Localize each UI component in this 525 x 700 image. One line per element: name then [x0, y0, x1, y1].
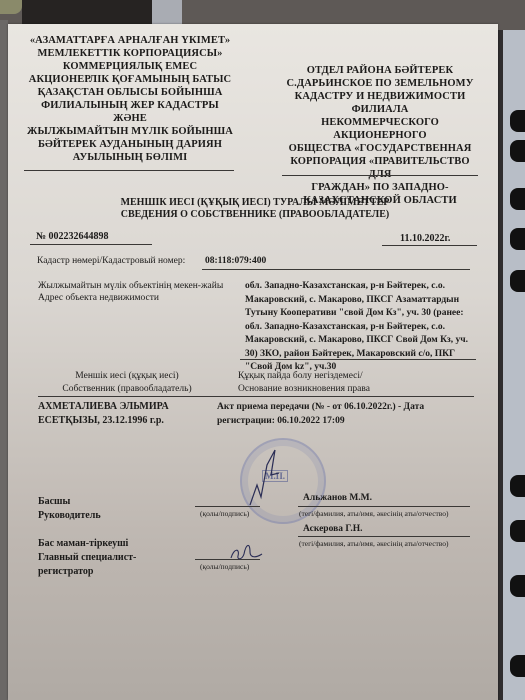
head-handwritten-signature [245, 445, 285, 510]
header-line: «АЗАМАТТАРҒА АРНАЛҒАН ҮКІМЕТ» [24, 34, 236, 47]
header-line: ОБЩЕСТВА «ГОСУДАРСТВЕННАЯ [280, 142, 480, 155]
registrar-title-kazakh: Бас маман-тіркеуші [38, 537, 136, 551]
binder-hole [510, 110, 525, 132]
owner-heading: Меншік иесі (құқық иесі) Собственник (пр… [52, 370, 202, 396]
issuer-header-russian: ОТДЕЛ РАЙОНА БӘЙТЕРЕК С.ДАРЬИНСКОЕ ПО ЗЕ… [280, 64, 480, 207]
background-object [152, 0, 182, 24]
registrar-title: Бас маман-тіркеуші Главный специалист- р… [38, 537, 136, 579]
underline [382, 245, 477, 246]
cadastral-number-label: Кадастр нөмері/Кадастровый номер: [37, 256, 185, 266]
binder-hole [510, 140, 525, 162]
header-line: ФИЛИАЛЫНЫҢ ЖЕР КАДАСТРЫ ЖӘНЕ [24, 99, 236, 125]
binder-hole [510, 655, 525, 677]
header-line: ГРАЖДАН» ПО ЗАПАДНО- [280, 181, 480, 194]
header-divider [24, 170, 234, 171]
signature-caption: (қолы/подпись) [200, 509, 249, 518]
registrar-name: Аскерова Г.Н. [303, 524, 362, 534]
document-number: № 002232644898 [36, 231, 109, 242]
cadastral-number-value: 08:118:079:400 [205, 256, 266, 266]
header-line: НЕКОММЕРЧЕСКОГО АКЦИОНЕРНОГО [280, 116, 480, 142]
head-name: Альжанов М.М. [303, 493, 372, 503]
header-line: КОРПОРАЦИЯ «ПРАВИТЕЛЬСТВО ДЛЯ [280, 155, 480, 181]
header-line: АУЫЛЫНЫҢ БӨЛІМІ [24, 151, 236, 164]
owner-name-line: АХМЕТАЛИЕВА ЭЛЬМИРА [38, 400, 169, 414]
header-line: АКЦИОНЕРЛІК ҚОҒАМЫНЫҢ БАТЫС [24, 73, 236, 86]
basis-heading-kazakh: Құқық пайда болу негіздемесі/ [238, 370, 370, 383]
registrar-title-russian: Главный специалист- [38, 551, 136, 565]
header-line: С.ДАРЬИНСКОЕ ПО ЗЕМЕЛЬНОМУ [280, 77, 480, 90]
registrar-title-russian: регистратор [38, 565, 136, 579]
header-line: КАДАСТРУ И НЕДВИЖИМОСТИ ФИЛИАЛА [280, 90, 480, 116]
signature-caption: (қолы/подпись) [200, 562, 249, 571]
binder-hole [510, 228, 525, 250]
owner-heading-kazakh: Меншік иесі (құқық иесі) [52, 370, 202, 383]
header-line: ОТДЕЛ РАЙОНА БӘЙТЕРЕК [280, 64, 480, 77]
address-label-russian: Адрес объекта недвижимости [38, 292, 223, 304]
underline [240, 359, 476, 360]
table-divider [38, 396, 474, 397]
header-line: ЖЫЛЖЫМАЙТЫН МҮЛІК БОЙЫНША [24, 125, 236, 138]
property-address-value: обл. Западно-Казахстанская, р-н Бәйтерек… [245, 280, 475, 375]
document-title: МЕНШІК ИЕСІ (ҚҰҚЫҚ ИЕСІ) ТУРАЛЫ МӘЛІМЕТТ… [100, 197, 410, 221]
binder-hole [510, 188, 525, 210]
basis-heading: Құқық пайда болу негіздемесі/ Основание … [238, 370, 370, 396]
background-object [22, 0, 152, 24]
issuer-header-kazakh: «АЗАМАТТАРҒА АРНАЛҒАН ҮКІМЕТ» МЕМЛЕКЕТТІ… [24, 34, 236, 164]
title-kazakh: МЕНШІК ИЕСІ (ҚҰҚЫҚ ИЕСІ) ТУРАЛЫ МӘЛІМЕТТ… [100, 197, 410, 209]
header-line: ҚАЗАҚСТАН ОБЛЫСЫ БОЙЫНША [24, 86, 236, 99]
header-line: БӘЙТЕРЕК АУДАНЫНЫҢ ДАРИЯН [24, 138, 236, 151]
header-line: МЕМЛЕКЕТТІК КОРПОРАЦИЯСЫ» [24, 47, 236, 60]
name-line [298, 536, 470, 537]
name-line [298, 506, 470, 507]
basis-heading-russian: Основание возникновения права [238, 383, 370, 396]
header-line: КОММЕРЦИЯЛЫҚ ЕМЕС [24, 60, 236, 73]
head-title-russian: Руководитель [38, 509, 101, 523]
address-label-kazakh: Жылжымайтын мүлік объектінің мекен-жайы [38, 280, 223, 292]
head-title: Басшы Руководитель [38, 495, 101, 523]
binder-hole [510, 270, 525, 292]
registrar-handwritten-signature [228, 540, 268, 562]
sheet-protector-edge [0, 20, 8, 700]
binder-hole [510, 520, 525, 542]
binder-hole [510, 475, 525, 497]
name-caption: (тегі/фамилия, аты/имя, әкесінің аты/отч… [299, 539, 449, 548]
header-divider [282, 175, 478, 176]
document-date: 11.10.2022г. [400, 233, 450, 244]
owner-heading-russian: Собственник (правообладатель) [52, 383, 202, 396]
head-title-kazakh: Басшы [38, 495, 101, 509]
right-basis-value: Акт приема передачи (№ - от 06.10.2022г.… [217, 400, 457, 428]
underline [30, 244, 152, 245]
binder-hole [510, 575, 525, 597]
owner-name: АХМЕТАЛИЕВА ЭЛЬМИРА ЕСЕТҚЫЗЫ, 23.12.1996… [38, 400, 169, 428]
underline [202, 269, 470, 270]
address-label: Жылжымайтын мүлік объектінің мекен-жайы … [38, 280, 223, 304]
background-object [0, 0, 22, 14]
name-caption: (тегі/фамилия, аты/имя, әкесінің аты/отч… [299, 509, 449, 518]
owner-name-line: ЕСЕТҚЫЗЫ, 23.12.1996 г.р. [38, 414, 169, 428]
title-russian: СВЕДЕНИЯ О СОБСТВЕННИКЕ (ПРАВООБЛАДАТЕЛЕ… [100, 209, 410, 221]
